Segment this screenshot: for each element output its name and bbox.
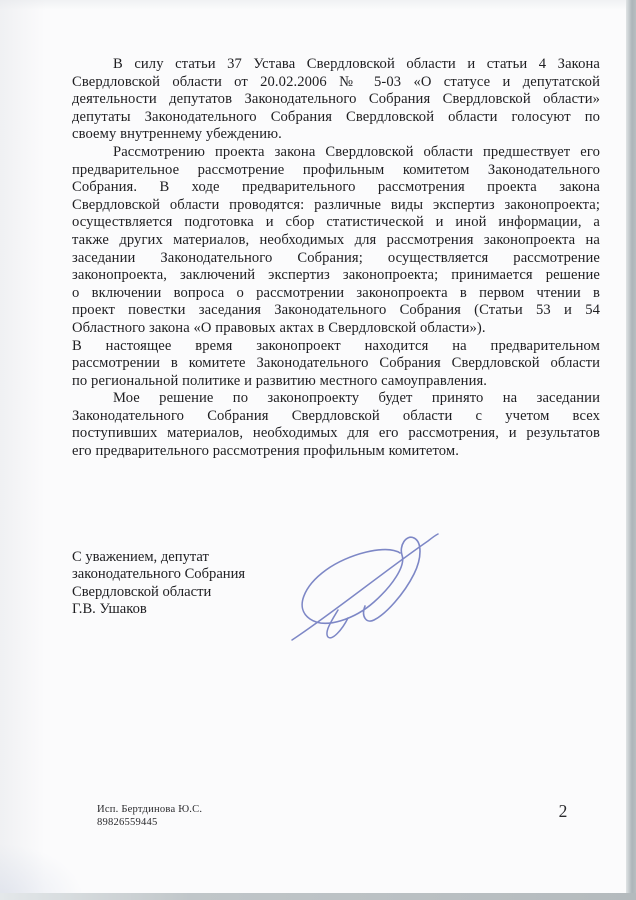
paragraph: В силу статьи 37 Устава Свердловской обл…	[72, 56, 600, 144]
text-line: Мое решение по законопроекту будет приня…	[72, 390, 600, 408]
text-line: В настоящее время законопроект находится…	[72, 338, 600, 356]
text-line: В силу статьи 37 Устава Свердловской обл…	[72, 56, 600, 74]
footer-executor: Исп. Бертдинова Ю.С.	[97, 803, 202, 816]
text-line: депутаты Законодательного Собрания Сверд…	[72, 109, 600, 127]
signature-ink	[282, 518, 454, 656]
footer-block: Исп. Бертдинова Ю.С. 89826559445	[97, 803, 202, 829]
text-line: Свердловской области от 20.02.2006 № 5-0…	[72, 74, 600, 92]
text-line: Рассмотрению проекта закона Свердловской…	[72, 144, 600, 162]
text-line: осуществляется подготовка и сбор статист…	[72, 214, 600, 232]
text-line: Свердловской области проводятся: различн…	[72, 197, 600, 215]
signature-text-line: Г.В. Ушаков	[72, 601, 245, 618]
text-line: деятельности депутатов Законодательного …	[72, 91, 600, 109]
text-line: по региональной политике и развитию мест…	[72, 373, 600, 391]
text-line: заседании Законодательного Собрания; осу…	[72, 250, 600, 268]
paragraph: Рассмотрению проекта закона Свердловской…	[72, 144, 600, 338]
text-line: о включении вопроса о рассмотрении закон…	[72, 285, 600, 303]
paragraph: В настоящее время законопроект находится…	[72, 338, 600, 391]
text-line: поступивших материалов, необходимых для …	[72, 425, 600, 443]
signature-text-line: законодательного Собрания	[72, 566, 245, 583]
text-line: рассмотрении в комитете Законодательного…	[72, 355, 600, 373]
text-line: предварительное рассмотрение профильным …	[72, 162, 600, 180]
text-line: Законодательного Собрания Свердловской о…	[72, 408, 600, 426]
paragraph: Мое решение по законопроекту будет приня…	[72, 390, 600, 460]
scan-edge-bottom	[0, 893, 636, 900]
signature-text-line: Свердловской области	[72, 584, 245, 601]
text-line: проект повестки заседания Законодательно…	[72, 302, 600, 320]
signature-text-line: С уважением, депутат	[72, 549, 245, 566]
text-line: его предварительного рассмотрения профил…	[72, 443, 600, 461]
page-number: 2	[550, 801, 576, 822]
document-body: В силу статьи 37 Устава Свердловской обл…	[72, 56, 600, 461]
text-line: законопроекта, заключений экспертиз зако…	[72, 267, 600, 285]
text-line: Областного закона «О правовых актах в Св…	[72, 320, 600, 338]
footer-phone: 89826559445	[97, 816, 202, 829]
scanned-page: { "document": { "paragraphs": [ { "inden…	[0, 0, 636, 900]
signature-block: С уважением, депутатзаконодательного Соб…	[72, 549, 245, 619]
scan-edge-right	[626, 0, 636, 900]
text-line: Собрания. В ходе предварительного рассмо…	[72, 179, 600, 197]
text-line: своему внутреннему убеждению.	[72, 126, 600, 144]
text-line: также других материалов, необходимых для…	[72, 232, 600, 250]
